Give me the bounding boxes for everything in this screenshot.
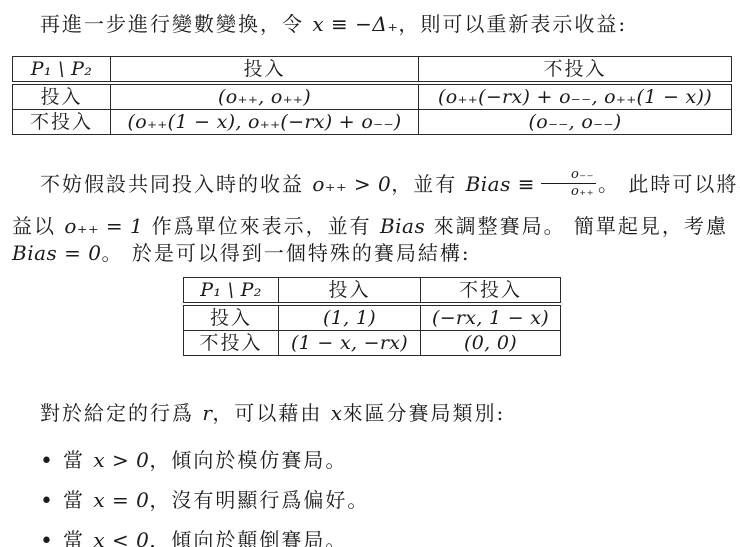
row-header-cell: 投入	[184, 304, 279, 331]
table-corner-cell: P₁ \ P₂	[13, 57, 111, 84]
assumption-text: ，並有	[391, 172, 465, 196]
intro-text-pre: 再進一步進行變數變換，令	[40, 12, 312, 36]
intro-text-post: ，則可以重新表示收益:	[398, 12, 627, 36]
assumption-math: o₊₊ = 1	[64, 214, 143, 238]
bullet-icon: •	[40, 449, 53, 474]
list-item-x-negative: •當 x < 0，傾向於顛倒賽局。	[40, 524, 347, 547]
paragraph-assumption-line2: 益以 o₊₊ = 1 作爲單位來表示，並有 Bias 來調整賽局。 簡單起見，考…	[12, 210, 731, 239]
payoff-cell: (−rx, 1 − x)	[421, 304, 561, 331]
bullet-text: ，沒有明顯行爲偏好。	[149, 488, 369, 512]
fraction-denominator: o₊₊	[541, 184, 596, 199]
list-item-x-zero: •當 x = 0，沒有明顯行爲偏好。	[40, 484, 369, 514]
assumption-math: Bias = 0	[12, 241, 101, 265]
paragraph-intro: 再進一步進行變數變換，令 x ≡ −Δ₊，則可以重新表示收益:	[12, 8, 731, 37]
payoff-cell: (o₋₋, o₋₋)	[419, 110, 732, 135]
table-row: 投入 (o₊₊, o₊₊) (o₊₊(−rx) + o₋₋, o₊₊(1 − x…	[13, 83, 732, 110]
payoff-cell: (o₊₊(−rx) + o₋₋, o₊₊(1 − x))	[419, 83, 732, 110]
assumption-text: 。 於是可以得到一個特殊的賽局結構:	[101, 241, 470, 265]
fraction-numerator: o₋₋	[541, 168, 596, 184]
classify-text: ，可以藉由	[212, 401, 330, 425]
paragraph-classify: 對於給定的行爲 r，可以藉由 x來區分賽局類別:	[12, 397, 731, 426]
row-header-cell: 投入	[13, 83, 111, 110]
table-header-cell: 不投入	[421, 278, 561, 305]
bullet-math: x < 0	[93, 528, 149, 547]
classify-math: r	[202, 401, 212, 425]
bullet-text: 當	[63, 528, 93, 547]
intro-math: x ≡ −Δ₊	[312, 12, 398, 36]
payoff-cell: (0, 0)	[421, 331, 561, 356]
paragraph-assumption-line1: 不妨假設共同投入時的收益 o₊₊ > 0，並有 Bias ≡o₋₋o₊₊。 此時…	[12, 168, 731, 201]
classify-text: 對於給定的行爲	[40, 401, 202, 425]
table-row: 不投入 (o₊₊(1 − x), o₊₊(−rx) + o₋₋) (o₋₋, o…	[13, 110, 732, 135]
list-item-x-positive: •當 x > 0，傾向於模仿賽局。	[40, 444, 347, 474]
table-header-cell: 投入	[111, 57, 419, 84]
document-page: 再進一步進行變數變換，令 x ≡ −Δ₊，則可以重新表示收益: P₁ \ P₂ …	[0, 0, 740, 547]
payoff-cell: (1 − x, −rx)	[279, 331, 421, 356]
assumption-text: 來調整賽局。 簡單起見，考慮	[425, 214, 728, 238]
bullet-icon: •	[40, 529, 53, 547]
assumption-math: o₊₊ > 0	[312, 172, 391, 196]
assumption-text: 益以	[12, 214, 64, 238]
bullet-icon: •	[40, 489, 53, 514]
table-corner-cell: P₁ \ P₂	[184, 278, 279, 305]
bullet-text: 當	[63, 448, 93, 472]
classify-text: 來區分賽局類別:	[343, 401, 506, 425]
payoff-cell: (o₊₊(1 − x), o₊₊(−rx) + o₋₋)	[111, 110, 419, 135]
assumption-math: Bias ≡	[466, 172, 535, 196]
table-row: 投入 (1, 1) (−rx, 1 − x)	[184, 304, 561, 331]
bias-fraction: o₋₋o₊₊	[541, 168, 596, 200]
paragraph-assumption-line3: Bias = 0。 於是可以得到一個特殊的賽局結構:	[12, 237, 731, 266]
assumption-math: Bias	[380, 214, 425, 238]
bullet-text: ，傾向於模仿賽局。	[149, 448, 347, 472]
table-row: 不投入 (1 − x, −rx) (0, 0)	[184, 331, 561, 356]
bullet-math: x = 0	[93, 488, 149, 512]
table-header-row: P₁ \ P₂ 投入 不投入	[13, 57, 732, 84]
row-header-cell: 不投入	[13, 110, 111, 135]
bullet-math: x > 0	[93, 448, 149, 472]
payoff-cell: (o₊₊, o₊₊)	[111, 83, 419, 110]
assumption-text: 。 此時可以將收	[598, 172, 740, 196]
classify-math: x	[331, 401, 343, 425]
table-header-row: P₁ \ P₂ 投入 不投入	[184, 278, 561, 305]
assumption-text: 作爲單位來表示，並有	[143, 214, 380, 238]
assumption-text: 不妨假設共同投入時的收益	[40, 172, 312, 196]
row-header-cell: 不投入	[184, 331, 279, 356]
payoff-cell: (1, 1)	[279, 304, 421, 331]
payoff-table-special: P₁ \ P₂ 投入 不投入 投入 (1, 1) (−rx, 1 − x) 不投…	[183, 277, 561, 356]
table-header-cell: 不投入	[419, 57, 732, 84]
table-header-cell: 投入	[279, 278, 421, 305]
payoff-table-general: P₁ \ P₂ 投入 不投入 投入 (o₊₊, o₊₊) (o₊₊(−rx) +…	[12, 56, 732, 135]
bullet-text: 當	[63, 488, 93, 512]
bullet-text: ，傾向於顛倒賽局。	[149, 528, 347, 547]
